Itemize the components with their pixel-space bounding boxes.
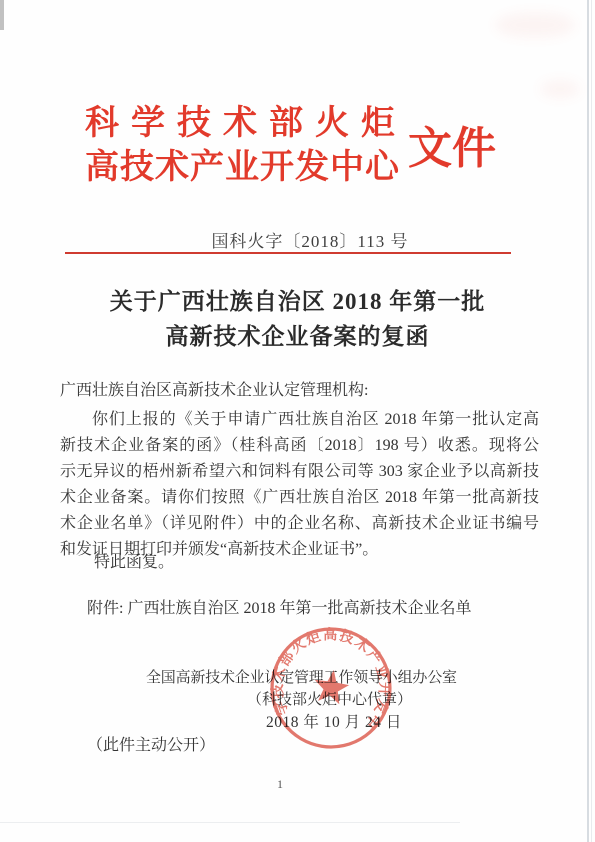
scan-edge-right-line2 [591,0,592,842]
body-text-line: 示无异议的梧州新希望六和饲料有限公司等 303 家企业予以高新技 [60,458,539,481]
scan-ink-smudge [495,12,575,38]
document-title-line1: 关于广西壮族自治区 2018 年第一批 [0,284,595,319]
letterhead-org-line2: 高技术产业开发中心 [85,146,396,188]
body-text-line: 术企业备案。请你们按照《广西壮族自治区 2018 年第一批高新技 [60,484,539,507]
official-seal-stamp: 科学技术部火炬高技术产业开发中心 [259,616,403,760]
letterhead-org-name: 科学技术部火炬 高技术产业开发中心 [85,100,395,188]
salutation-line: 广西壮族自治区高新技术企业认定管理机构: [60,380,539,402]
document-title-line2: 高新技术企业备案的复函 [0,319,595,354]
document-title: 关于广西壮族自治区 2018 年第一批 高新技术企业备案的复函 [0,284,595,354]
red-divider-rule [65,252,511,254]
letterhead-doc-type: 文件 [408,124,494,174]
disclosure-note: （此件主动公开） [87,732,215,755]
scan-ink-smudge [540,80,580,98]
seal-star-icon [312,667,352,705]
body-text-line: 新技术企业备案的函》（桂科高函〔2018〕198 号）收悉。现将公 [60,432,539,455]
scan-edge-bottom-line [0,822,460,823]
scan-edge-right-line [587,0,589,842]
scan-corner-mark [0,0,4,30]
letterhead-org-line1: 科学技术部火炬 [85,100,407,146]
body-text-line: 你们上报的《关于申请广西壮族自治区 2018 年第一批认定高 [60,406,539,429]
page-number: 1 [270,777,290,792]
document-number: 国科火字〔2018〕113 号 [0,227,595,252]
document-page: 科学技术部火炬 高技术产业开发中心 文件 国科火字〔2018〕113 号 关于广… [0,0,595,842]
attachment-line: 附件: 广西壮族自治区 2018 年第一批高新技术企业名单 [87,598,566,620]
body-text-line: 术企业名单》（详见附件）中的企业名称、高新技术企业证书编号 [60,510,539,533]
closing-line: 特此函复。 [94,552,573,574]
